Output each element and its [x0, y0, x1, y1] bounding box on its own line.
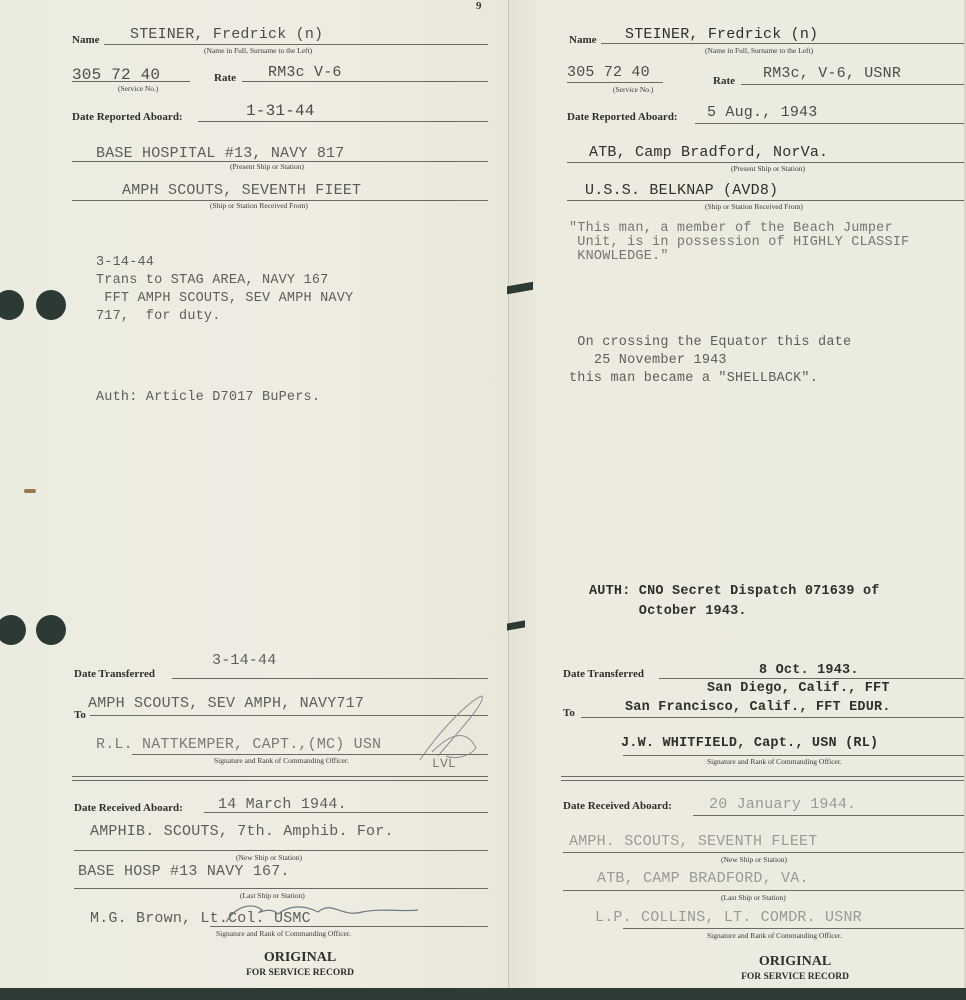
classified-note-line-2: Unit, is in possession of HIGHLY CLASSIF [569, 236, 909, 250]
original-subtitle: FOR SERVICE RECORD [695, 972, 895, 982]
to-label: To [563, 707, 575, 719]
binder-clip [507, 282, 533, 295]
auth-line-1: AUTH: CNO Secret Dispatch 071639 of [589, 585, 880, 599]
remarks-line-3: 717, for duty. [96, 310, 221, 324]
last-station-value: BASE HOSP #13 NAVY 167. [78, 863, 290, 880]
date-reported-label: Date Reported Aboard: [72, 111, 183, 123]
commanding-officer-value: J.W. WHITFIELD, Capt., USN (RL) [621, 737, 878, 751]
service-record-card-left: 9 Name STEINER, Fredrick (n) (Name in Fu… [0, 0, 508, 1000]
name-value: STEINER, Fredrick (n) [625, 26, 818, 43]
receiving-signature-rule [210, 926, 488, 927]
last-station-rule [563, 890, 966, 891]
present-station-value: BASE HOSPITAL #13, NAVY 817 [96, 145, 344, 162]
punch-hole [36, 615, 66, 645]
classified-note-line-3: KNOWLEDGE." [569, 250, 669, 264]
signature-caption: Signature and Rank of Commanding Officer… [707, 931, 842, 940]
new-station-rule [74, 850, 488, 851]
transferred-to-value: AMPH SCOUTS, SEV AMPH, NAVY717 [88, 695, 364, 712]
section-divider [72, 776, 488, 781]
date-transferred-label: Date Transferred [74, 668, 155, 680]
date-transferred-label: Date Transferred [563, 668, 644, 680]
transferred-to-value: San Francisco, Calif., FFT EDUR. [625, 701, 891, 715]
service-no-caption: (Service No.) [118, 84, 158, 93]
date-transferred-value: 8 Oct. 1943. [759, 664, 859, 678]
rate-label: Rate [713, 75, 735, 87]
commanding-officer-value: R.L. NATTKEMPER, CAPT.,(MC) USN [96, 736, 381, 753]
equator-note-line-3: this man became a "SHELLBACK". [569, 372, 818, 386]
present-station-caption: (Present Ship or Station) [230, 162, 304, 171]
punch-hole [0, 290, 24, 320]
section-divider [561, 776, 966, 781]
rate-label: Rate [214, 72, 236, 84]
date-reported-rule [695, 123, 966, 124]
service-no-value: 305 72 40 [567, 64, 650, 81]
co-initials: LVL [432, 756, 456, 771]
new-station-caption: (New Ship or Station) [721, 855, 787, 864]
date-reported-label: Date Reported Aboard: [567, 111, 678, 123]
new-station-caption: (New Ship or Station) [236, 853, 302, 862]
name-value: STEINER, Fredrick (n) [130, 26, 323, 43]
name-label: Name [569, 34, 597, 46]
name-rule [601, 43, 966, 44]
punch-hole [0, 615, 26, 645]
present-station-rule [567, 162, 966, 163]
co-signature-rule [623, 755, 966, 756]
name-caption: (Name in Full, Surname to the Left) [705, 46, 813, 55]
last-station-caption: (Last Ship or Station) [721, 893, 786, 902]
last-station-caption: (Last Ship or Station) [240, 891, 305, 900]
to-label: To [74, 709, 86, 721]
name-label: Name [72, 34, 100, 46]
to-rule [90, 715, 488, 716]
new-station-value: AMPH. SCOUTS, SEVENTH FLEET [569, 833, 817, 850]
date-received-label: Date Received Aboard: [563, 800, 672, 812]
date-received-rule [693, 815, 966, 816]
remarks-authority: Auth: Article D7017 BuPers. [96, 391, 320, 405]
page-number: 9 [476, 0, 482, 12]
original-subtitle: FOR SERVICE RECORD [200, 968, 400, 978]
name-rule [104, 44, 488, 45]
scan-background-edge [0, 988, 966, 1000]
transferred-to-line-1: San Diego, Calif., FFT [707, 682, 890, 696]
date-transferred-value: 3-14-44 [212, 652, 276, 669]
signature-caption: Signature and Rank of Commanding Officer… [214, 756, 349, 765]
remarks-line-1: Trans to STAG AREA, NAVY 167 [96, 274, 328, 288]
equator-note-line-2: 25 November 1943 [569, 354, 727, 368]
original-stamp: ORIGINAL FOR SERVICE RECORD [200, 950, 400, 978]
date-received-value: 14 March 1944. [218, 796, 347, 813]
remarks-line-2: FFT AMPH SCOUTS, SEV AMPH NAVY [96, 292, 353, 306]
date-reported-value: 5 Aug., 1943 [707, 104, 817, 121]
rate-value: RM3c V-6 [268, 64, 342, 81]
original-title: ORIGINAL [695, 954, 895, 970]
service-no-caption: (Service No.) [613, 85, 653, 94]
received-from-value: U.S.S. BELKNAP (AVD8) [585, 182, 778, 199]
receiving-officer-value: M.G. Brown, Lt.Col. USMC [90, 910, 311, 927]
service-no-value: 305 72 40 [72, 66, 160, 84]
date-received-label: Date Received Aboard: [74, 802, 183, 814]
service-record-card-right: Name STEINER, Fredrick (n) (Name in Full… [508, 0, 966, 1000]
original-stamp: ORIGINAL FOR SERVICE RECORD [695, 954, 895, 982]
present-station-caption: (Present Ship or Station) [731, 164, 805, 173]
service-no-rule [567, 82, 663, 83]
received-from-caption: (Ship or Station Received From) [210, 201, 308, 210]
present-station-value: ATB, Camp Bradford, NorVa. [589, 144, 828, 161]
punch-hole [36, 290, 66, 320]
received-from-rule [567, 200, 966, 201]
name-caption: (Name in Full, Surname to the Left) [204, 46, 312, 55]
signature-caption: Signature and Rank of Commanding Officer… [216, 929, 351, 938]
last-station-rule [74, 888, 488, 889]
signature-caption: Signature and Rank of Commanding Officer… [707, 757, 842, 766]
date-transferred-rule [172, 678, 488, 679]
rate-rule [741, 84, 966, 85]
last-station-value: ATB, CAMP BRADFORD, VA. [597, 870, 809, 887]
received-from-caption: (Ship or Station Received From) [705, 202, 803, 211]
binder-clip [507, 620, 525, 630]
co-signature-rule [132, 754, 488, 755]
date-reported-rule [198, 121, 488, 122]
original-title: ORIGINAL [200, 950, 400, 966]
rate-rule [242, 81, 488, 82]
new-station-rule [563, 852, 966, 853]
new-station-value: AMPHIB. SCOUTS, 7th. Amphib. For. [90, 823, 394, 840]
classified-note-line-1: "This man, a member of the Beach Jumper [569, 222, 893, 236]
date-received-value: 20 January 1944. [709, 796, 856, 813]
receiving-officer-value: L.P. COLLINS, LT. COMDR. USNR [595, 909, 862, 926]
receiving-signature-rule [623, 928, 966, 929]
date-reported-value: 1-31-44 [246, 102, 315, 120]
equator-note-line-1: On crossing the Equator this date [569, 336, 851, 350]
to-rule [581, 717, 966, 718]
rate-value: RM3c, V-6, USNR [763, 65, 901, 82]
stain-mark [24, 489, 36, 493]
date-transferred-rule [659, 678, 966, 679]
received-from-value: AMPH SCOUTS, SEVENTH FIEET [122, 182, 361, 199]
auth-line-2: October 1943. [589, 605, 747, 619]
remarks-date: 3-14-44 [96, 256, 154, 270]
